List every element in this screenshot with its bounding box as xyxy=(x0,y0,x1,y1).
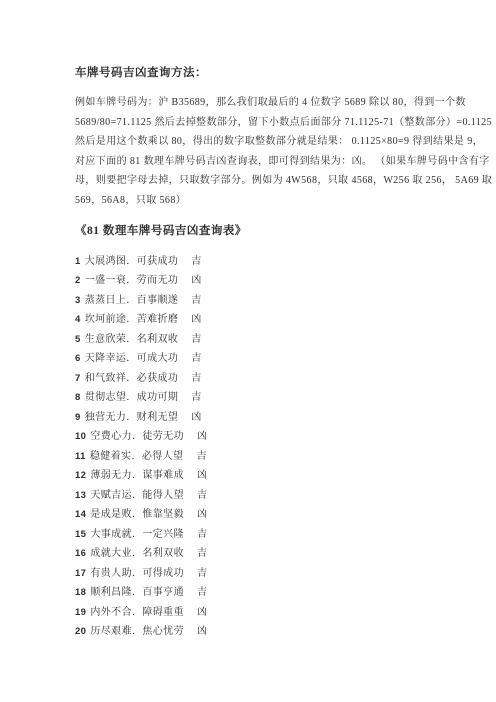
entries-list: 1大展鸿图．可获成功吉 2一盛一衰．劳而无功凶 3蒸蒸日上．百事顺遂吉 4坎坷前… xyxy=(75,252,472,642)
table-row: 2一盛一衰．劳而无功凶 xyxy=(75,271,472,291)
entry-result: 凶 xyxy=(197,509,207,520)
entry-number: 5 xyxy=(75,334,81,345)
entry-text: 是成是败．惟靠坚毅 xyxy=(90,509,184,520)
entry-result: 吉 xyxy=(196,451,206,462)
table-row: 18顺利昌隆．百事亨通吉 xyxy=(75,583,472,603)
table-row: 9独营无力．财利无望凶 xyxy=(75,408,472,428)
entry-text: 生意欣荣．名利双收 xyxy=(85,334,179,345)
entry-result: 吉 xyxy=(197,568,207,579)
entry-text: 稳健着实．必得人望 xyxy=(90,451,184,462)
table-row: 12薄弱无力．谋事难成凶 xyxy=(75,466,472,486)
entry-result: 吉 xyxy=(191,256,201,267)
entry-number: 4 xyxy=(75,314,81,325)
entry-result: 凶 xyxy=(197,431,207,442)
entry-text: 成就大业．名利双收 xyxy=(90,548,184,559)
table-row: 20历尽艰难．焦心忧劳凶 xyxy=(75,622,472,642)
entry-number: 14 xyxy=(75,509,86,520)
table-row: 5生意欣荣．名利双收吉 xyxy=(75,330,472,350)
entry-text: 薄弱无力．谋事难成 xyxy=(90,470,184,481)
table-row: 13天赋吉运．能得人望吉 xyxy=(75,486,472,506)
entry-text: 大事成就．一定兴隆 xyxy=(90,529,184,540)
entry-number: 7 xyxy=(75,373,81,384)
entry-number: 15 xyxy=(75,529,86,540)
entry-number: 17 xyxy=(75,568,86,579)
entry-text: 坎坷前途．苦难折磨 xyxy=(85,314,179,325)
intro-line: 然后是用这个数乘以 80，得出的数字取整数部分就是结果： 0.1125×80=9… xyxy=(75,132,472,152)
intro-paragraph: 例如车牌号码为：沪 B35689，那么我们取最后的 4 位数字 5689 除以 … xyxy=(75,93,472,211)
intro-line: 例如车牌号码为：沪 B35689，那么我们取最后的 4 位数字 5689 除以 … xyxy=(75,93,472,113)
entry-number: 20 xyxy=(75,626,86,637)
table-title: 《81 数理车牌号码吉凶查询表》 xyxy=(75,224,472,238)
entry-result: 凶 xyxy=(197,626,207,637)
entry-text: 顺利昌隆．百事亨通 xyxy=(90,587,184,598)
intro-line: 对应下面的 81 数理车牌号码吉凶查询表，即可得到结果为：凶。 （如果车牌号码中… xyxy=(75,152,472,172)
entry-text: 独营无力．财利无望 xyxy=(85,412,179,423)
entry-text: 一盛一衰．劳而无功 xyxy=(85,275,179,286)
entry-text: 天降幸运．可成大功 xyxy=(85,353,179,364)
entry-number: 12 xyxy=(75,470,86,481)
entry-number: 6 xyxy=(75,353,81,364)
table-row: 16成就大业．名利双收吉 xyxy=(75,544,472,564)
entry-text: 内外不合．障碍重重 xyxy=(90,607,184,618)
entry-text: 空费心力．徒劳无功 xyxy=(90,431,184,442)
table-row: 14是成是败．惟靠坚毅凶 xyxy=(75,505,472,525)
table-row: 6天降幸运．可成大功吉 xyxy=(75,349,472,369)
table-row: 4坎坷前途．苦难折磨凶 xyxy=(75,310,472,330)
entry-result: 凶 xyxy=(197,470,207,481)
entry-result: 吉 xyxy=(197,490,207,501)
table-row: 15大事成就．一定兴隆吉 xyxy=(75,525,472,545)
entry-text: 天赋吉运．能得人望 xyxy=(90,490,184,501)
entry-result: 凶 xyxy=(191,412,201,423)
intro-line: 569，56A8，只取 568） xyxy=(75,191,472,211)
table-row: 17有贵人助．可得成功吉 xyxy=(75,564,472,584)
entry-number: 8 xyxy=(75,392,81,403)
table-row: 7和气致祥．必获成功吉 xyxy=(75,369,472,389)
entry-number: 16 xyxy=(75,548,86,559)
entry-number: 2 xyxy=(75,275,81,286)
entry-result: 凶 xyxy=(191,275,201,286)
table-row: 3蒸蒸日上．百事顺遂吉 xyxy=(75,291,472,311)
document-page: 车牌号码吉凶查询方法： 例如车牌号码为：沪 B35689，那么我们取最后的 4 … xyxy=(0,0,496,702)
table-row: 10空费心力．徒劳无功凶 xyxy=(75,427,472,447)
entry-number: 1 xyxy=(75,256,81,267)
entry-text: 有贵人助．可得成功 xyxy=(90,568,184,579)
entry-result: 吉 xyxy=(197,587,207,598)
table-row: 1大展鸿图．可获成功吉 xyxy=(75,252,472,272)
entry-number: 3 xyxy=(75,295,81,306)
document-title: 车牌号码吉凶查询方法： xyxy=(75,66,472,80)
intro-line: 5689/80=71.1125 然后去掉整数部分，留下小数点后面部分 71.11… xyxy=(75,113,472,133)
table-row: 19内外不合．障碍重重凶 xyxy=(75,603,472,623)
entry-number: 19 xyxy=(75,607,86,618)
intro-line: 母，则要把字母去掉，只取数字部分。例如为 4W568，只取 4568，W256 … xyxy=(75,171,472,191)
entry-text: 贯彻志望．成功可期 xyxy=(85,392,179,403)
table-row: 11稳健着实．必得人望吉 xyxy=(75,447,472,467)
entry-text: 和气致祥．必获成功 xyxy=(85,373,179,384)
entry-text: 蒸蒸日上．百事顺遂 xyxy=(85,295,179,306)
entry-text: 历尽艰难．焦心忧劳 xyxy=(90,626,184,637)
entry-result: 吉 xyxy=(191,392,201,403)
entry-number: 10 xyxy=(75,431,86,442)
entry-result: 凶 xyxy=(197,607,207,618)
document-content: 车牌号码吉凶查询方法： 例如车牌号码为：沪 B35689，那么我们取最后的 4 … xyxy=(0,0,496,642)
entry-result: 吉 xyxy=(197,529,207,540)
entry-number: 18 xyxy=(75,587,86,598)
entry-number: 9 xyxy=(75,412,81,423)
entry-number: 11 xyxy=(75,451,86,462)
entry-result: 凶 xyxy=(191,314,201,325)
entry-text: 大展鸿图．可获成功 xyxy=(85,256,179,267)
entry-result: 吉 xyxy=(191,334,201,345)
entry-result: 吉 xyxy=(191,353,201,364)
entry-result: 吉 xyxy=(191,373,201,384)
entry-result: 吉 xyxy=(191,295,201,306)
table-row: 8贯彻志望．成功可期吉 xyxy=(75,388,472,408)
entry-number: 13 xyxy=(75,490,86,501)
entry-result: 吉 xyxy=(197,548,207,559)
